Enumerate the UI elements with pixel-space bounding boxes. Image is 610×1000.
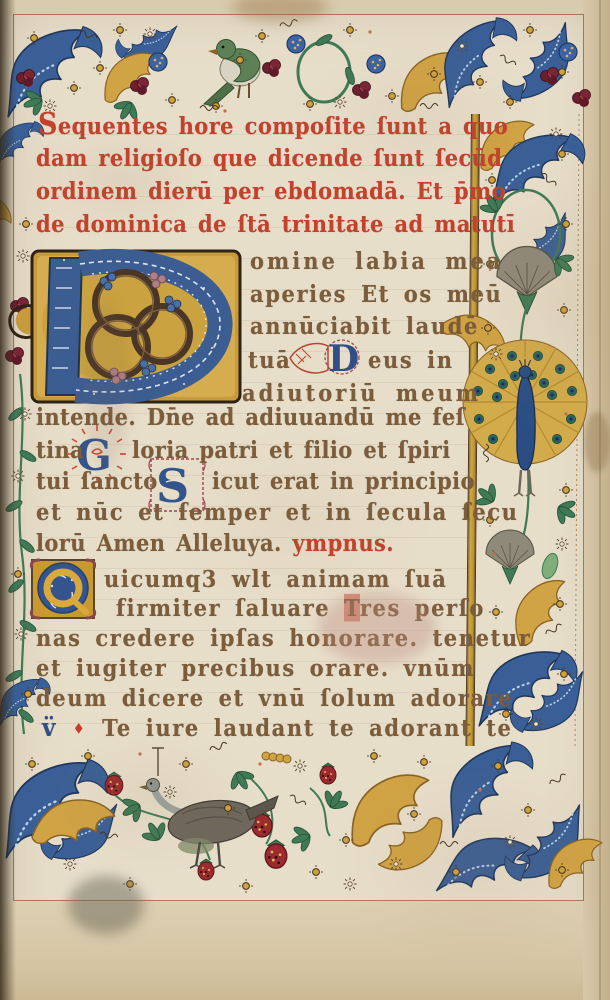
text-line-matins-1: omine labia mea bbox=[250, 248, 504, 274]
text-segment: firmiter ſaluare bbox=[116, 594, 344, 622]
text-line-athanasian-5: deum dicere et vnū ſolum adorare bbox=[36, 685, 513, 711]
versicle-diamond-icon: ♦ bbox=[71, 722, 88, 739]
gutter-shadow bbox=[0, 0, 16, 1000]
versicle-mark: v̈ bbox=[42, 713, 57, 743]
text-line-matins-4a: tuā bbox=[248, 347, 291, 373]
rubric-line-2: dam religioſo que dicende ſunt ſecūd bbox=[36, 145, 502, 171]
caterpillar-icon bbox=[262, 752, 291, 763]
text-line-matins-2: aperies Et os meū bbox=[250, 281, 502, 307]
text-line-versicle: v̈ ♦ Te iure laudant te adorant te bbox=[42, 715, 512, 744]
songbird-icon bbox=[204, 40, 260, 107]
bottom-page-margin bbox=[0, 901, 610, 1000]
text-line-matins-10: lorū Amen Alleluya. ympnus. bbox=[36, 530, 394, 556]
peacock-icon bbox=[463, 340, 587, 496]
rubric-line-1: Sequentes hore compoſite ſunt a quo bbox=[38, 112, 508, 140]
peahen-icon bbox=[139, 748, 278, 868]
text-line-matins-8b: icut erat in principio bbox=[212, 468, 475, 494]
text-line-matins-8a: tui ſancto bbox=[36, 468, 158, 494]
top-border bbox=[10, 16, 586, 116]
rubricated-capital: T bbox=[344, 594, 360, 622]
text-line-athanasian-1: uicumq3 wlt animam ſuā bbox=[104, 566, 448, 592]
initial-d-small: D bbox=[286, 334, 370, 380]
text-segment: res perſo bbox=[360, 594, 485, 622]
text-line-athanasian-2: firmiter ſaluare Tres perſo bbox=[116, 595, 485, 621]
text-line-matins-7a: tina bbox=[36, 437, 84, 463]
text-line-matins-6: intende. Dn̄e ad adiuuandū me feſ bbox=[36, 404, 465, 430]
bottom-border bbox=[10, 744, 586, 904]
text-line-athanasian-3: nas credere ipſas honorare. tenetur bbox=[36, 625, 531, 651]
versicle-text: Te iure laudant te adorant te bbox=[102, 714, 512, 742]
initial-d-large bbox=[4, 248, 244, 406]
svg-text:D: D bbox=[328, 338, 359, 380]
rubric-line-3: ordinem dierū per ebdomadā. Et p̄mo bbox=[36, 178, 506, 204]
text-line-matins-7b: loria patri et filio et ſpiri bbox=[132, 437, 451, 463]
fore-edge-crease bbox=[599, 0, 601, 1000]
manuscript-page: D G S Sequentes h bbox=[0, 0, 610, 1000]
rubric-hymn-label: ympnus. bbox=[292, 529, 394, 557]
text-line-matins-4b: eus in bbox=[368, 347, 454, 373]
text-line-matins-3: annūciabit laudē bbox=[250, 313, 479, 339]
rubric-line-4: de dominica de ſtā trinitate ad matutī bbox=[36, 211, 515, 237]
text-line-athanasian-4: et iugiter precibus orare. vnūm bbox=[36, 655, 475, 681]
text-segment: lorū Amen Alleluya. bbox=[36, 529, 282, 557]
top-page-edge bbox=[0, 0, 610, 15]
initial-q bbox=[28, 556, 100, 624]
text-line-matins-9: et nūc et ſemper et in ſecula ſecu bbox=[36, 499, 519, 525]
